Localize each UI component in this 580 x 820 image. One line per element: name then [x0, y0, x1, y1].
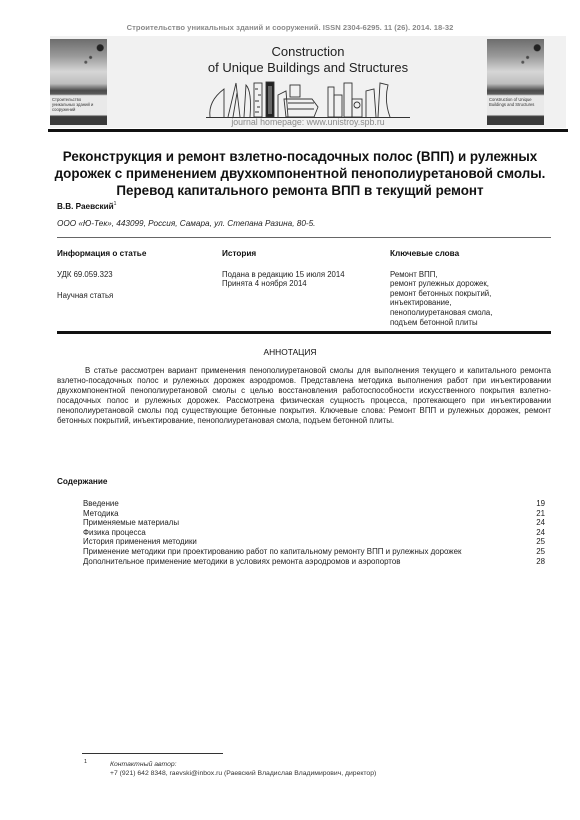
toc-heading: Содержание [57, 477, 107, 486]
toc-item-label: История применения методики [83, 537, 503, 547]
journal-banner: Строительство уникальных зданий и сооруж… [50, 36, 566, 128]
footnote-divider [82, 753, 223, 754]
toc-item-label: Дополнительное применение методики в усл… [83, 557, 503, 567]
footnote-mark: 1 [84, 759, 87, 765]
author-footnote-mark[interactable]: 1 [114, 201, 117, 207]
keyword: ремонт бетонных покрытий, [390, 289, 550, 299]
keyword: пенополиуретановая смола, [390, 308, 550, 318]
toc-item[interactable]: Применяемые материалы 24 [83, 518, 545, 528]
abstract-text: В статье рассмотрен вариант применения п… [57, 366, 551, 427]
toc-item-page: 21 [525, 509, 545, 519]
cover-graphic [518, 43, 542, 67]
submitted-date: Подана в редакцию 15 июля 2014 [222, 270, 382, 280]
divider-thick [57, 331, 551, 334]
keywords-column: Ключевые слова Ремонт ВПП, ремонт рулежн… [390, 249, 550, 327]
cover-title: Construction of Unique Buildings and Str… [489, 97, 542, 107]
toc-item[interactable]: История применения методики 25 [83, 537, 545, 547]
article-info-heading: Информация о статье [57, 249, 207, 259]
toc-item-page: 19 [525, 499, 545, 509]
keyword: ремонт рулежных дорожек, [390, 279, 550, 289]
toc-item-label: Введение [83, 499, 503, 509]
keyword: Ремонт ВПП, [390, 270, 550, 280]
affiliation: ООО «Ю-Тек», 443099, Россия, Самара, ул.… [57, 219, 315, 228]
toc-item[interactable]: Физика процесса 24 [83, 528, 545, 538]
article-type: Научная статья [57, 291, 207, 301]
accepted-date: Принята 4 ноября 2014 [222, 279, 382, 289]
running-head: Строительство уникальных зданий и сооруж… [0, 23, 580, 32]
keywords-heading: Ключевые слова [390, 249, 550, 259]
abstract-heading: АННОТАЦИЯ [0, 347, 580, 357]
toc-item-label: Применяемые материалы [83, 518, 503, 528]
skyline-logo-icon [206, 77, 410, 119]
udc-code: УДК 69.059.323 [57, 270, 207, 280]
banner-divider [48, 129, 568, 132]
article-title: Реконструкция и ремонт взлетно-посадочны… [40, 148, 560, 199]
toc-item[interactable]: Введение 19 [83, 499, 545, 509]
table-of-contents: Введение 19 Методика 21 Применяемые мате… [83, 499, 545, 566]
toc-item-label: Применение методики при проектированию р… [83, 547, 503, 557]
article-info-column: Информация о статье УДК 69.059.323 Научн… [57, 249, 207, 301]
toc-item-label: Физика процесса [83, 528, 503, 538]
toc-item-label: Методика [83, 509, 503, 519]
toc-item-page: 25 [525, 537, 545, 547]
toc-item-page: 24 [525, 528, 545, 538]
toc-item-page: 28 [525, 557, 545, 567]
cover-title: Строительство уникальных зданий и сооруж… [52, 97, 105, 112]
history-heading: История [222, 249, 382, 259]
footnote-contact: +7 (921) 642 8348, raevski@inbox.ru (Рае… [110, 770, 376, 777]
journal-cover-en: Construction of Unique Buildings and Str… [487, 39, 544, 125]
keyword: подъем бетонной плиты [390, 318, 550, 328]
author: В.В. Раевский1 [57, 201, 116, 211]
divider [57, 237, 551, 238]
toc-item[interactable]: Дополнительное применение методики в усл… [83, 557, 545, 567]
cover-bar [487, 117, 544, 125]
toc-item-page: 24 [525, 518, 545, 528]
history-column: История Подана в редакцию 15 июля 2014 П… [222, 249, 382, 289]
keyword: инъектирование, [390, 298, 550, 308]
toc-item[interactable]: Применение методики при проектированию р… [83, 547, 545, 557]
author-name: В.В. Раевский [57, 202, 114, 211]
toc-item-page: 25 [525, 547, 545, 557]
toc-item[interactable]: Методика 21 [83, 509, 545, 519]
footnote-label: Контактный автор: [110, 761, 177, 768]
